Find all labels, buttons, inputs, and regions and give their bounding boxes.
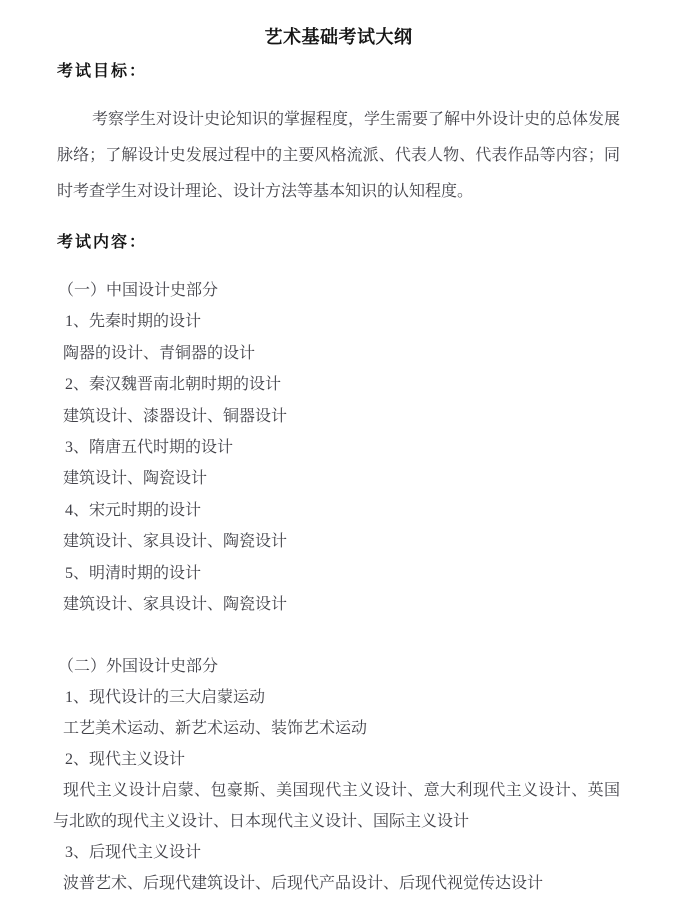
topic-item: 5、明清时期的设计: [57, 558, 620, 589]
document-page: 艺术基础考试大纲 考试目标： 考察学生对设计史论知识的掌握程度，学生需要了解中外…: [0, 0, 678, 898]
section-title: （一）中国设计史部分: [57, 275, 620, 306]
content-heading: 考试内容：: [57, 233, 620, 253]
subtopic-line: 建筑设计、家具设计、陶瓷设计: [57, 589, 620, 620]
subtopic-line: 建筑设计、家具设计、陶瓷设计: [57, 526, 620, 557]
section-title: （二）外国设计史部分: [57, 651, 620, 682]
topic-item: 3、隋唐五代时期的设计: [57, 432, 620, 463]
subtopic-line: 现代主义设计启蒙、包豪斯、美国现代主义设计、意大利现代主义设计、英国: [57, 775, 620, 806]
subtopic-line: 波普艺术、后现代建筑设计、后现代产品设计、后现代视觉传达设计: [57, 868, 620, 898]
objectives-line: 考察学生对设计史论知识的掌握程度，学生需要了解中外设计史的总体发展: [57, 102, 620, 138]
objectives-line: 脉络；了解设计史发展过程中的主要风格流派、代表人物、代表作品等内容；同: [57, 138, 620, 174]
page-title: 艺术基础考试大纲: [57, 26, 620, 48]
section-foreign-design-history: （二）外国设计史部分 1、现代设计的三大启蒙运动 工艺美术运动、新艺术运动、装饰…: [57, 651, 620, 898]
subtopic-line: 陶器的设计、青铜器的设计: [57, 338, 620, 369]
topic-item: 4、宋元时期的设计: [57, 495, 620, 526]
section-china-design-history: （一）中国设计史部分 1、先秦时期的设计 陶器的设计、青铜器的设计 2、秦汉魏晋…: [57, 275, 620, 620]
topic-item: 2、秦汉魏晋南北朝时期的设计: [57, 369, 620, 400]
subtopic-line: 建筑设计、漆器设计、铜器设计: [57, 401, 620, 432]
subtopic-line: 工艺美术运动、新艺术运动、装饰艺术运动: [57, 713, 620, 744]
topic-item: 3、后现代主义设计: [57, 837, 620, 868]
subtopic-line: 建筑设计、陶瓷设计: [57, 463, 620, 494]
topic-item: 1、先秦时期的设计: [57, 306, 620, 337]
objectives-paragraph: 考察学生对设计史论知识的掌握程度，学生需要了解中外设计史的总体发展 脉络；了解设…: [57, 102, 620, 210]
topic-item: 1、现代设计的三大启蒙运动: [57, 682, 620, 713]
topic-item: 2、现代主义设计: [57, 744, 620, 775]
objectives-line: 时考查学生对设计理论、设计方法等基本知识的认知程度。: [57, 174, 620, 210]
objectives-heading: 考试目标：: [57, 62, 620, 82]
subtopic-wrap-line: 与北欧的现代主义设计、日本现代主义设计、国际主义设计: [53, 806, 620, 837]
